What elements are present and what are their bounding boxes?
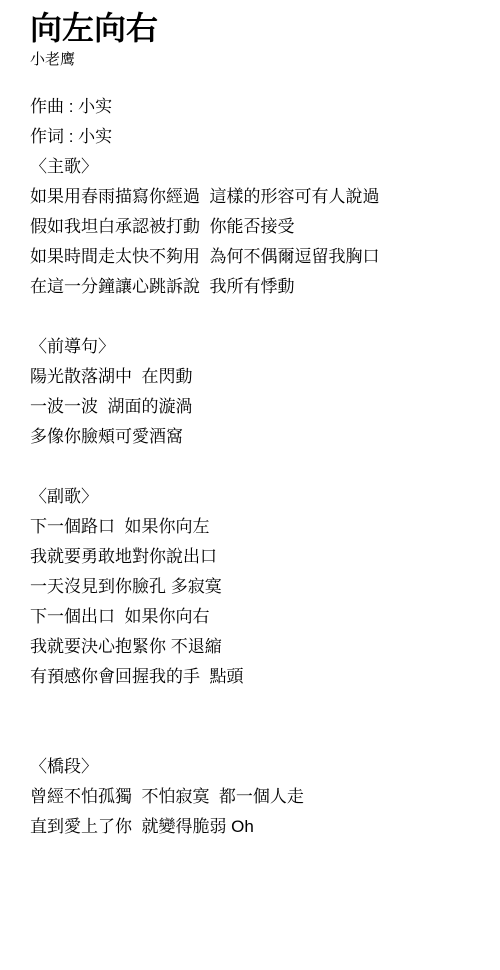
section-header: 〈副歌〉 — [30, 482, 472, 512]
lyric-line: 假如我坦白承認被打動 你能否接受 — [30, 212, 472, 242]
lyric-line: 如果時間走太快不夠用 為何不偶爾逗留我胸口 — [30, 242, 472, 272]
lyric-line: 陽光散落湖中 在閃動 — [30, 362, 472, 392]
lyric-line: 多像你臉頰可愛酒窩 — [30, 422, 472, 452]
lyric-line: 直到愛上了你 就變得脆弱 Oh — [30, 812, 472, 842]
lyric-line: 曾經不怕孤獨 不怕寂寞 都一個人走 — [30, 782, 472, 812]
section-prechorus: 〈前導句〉 陽光散落湖中 在閃動 一波一波 湖面的漩渦 多像你臉頰可愛酒窩 — [30, 332, 472, 452]
credit-lyricist: 作词 : 小实 — [30, 122, 472, 152]
section-header: 〈主歌〉 — [30, 152, 472, 182]
lyric-line: 一波一波 湖面的漩渦 — [30, 392, 472, 422]
lyric-line: 如果用春雨描寫你經過 這樣的形容可有人說過 — [30, 182, 472, 212]
lyric-line: 下一個路口 如果你向左 — [30, 512, 472, 542]
lyric-line: 有預感你會回握我的手 點頭 — [30, 662, 472, 692]
lyrics-page: 向左向右 小老鹰 作曲 : 小实 作词 : 小实 〈主歌〉 如果用春雨描寫你經過… — [0, 0, 500, 842]
credit-composer: 作曲 : 小实 — [30, 92, 472, 122]
section-bridge: 〈橋段〉 曾經不怕孤獨 不怕寂寞 都一個人走 直到愛上了你 就變得脆弱 Oh — [30, 752, 472, 842]
lyric-line: 下一個出口 如果你向右 — [30, 602, 472, 632]
section-header: 〈橋段〉 — [30, 752, 472, 782]
lyric-line: 在這一分鐘讓心跳訴說 我所有悸動 — [30, 272, 472, 302]
artist-name: 小老鹰 — [30, 50, 472, 70]
section-header: 〈前導句〉 — [30, 332, 472, 362]
lyrics-body: 作曲 : 小实 作词 : 小实 〈主歌〉 如果用春雨描寫你經過 這樣的形容可有人… — [30, 92, 472, 842]
section-verse: 〈主歌〉 如果用春雨描寫你經過 這樣的形容可有人說過 假如我坦白承認被打動 你能… — [30, 152, 472, 302]
lyric-line: 我就要決心抱緊你 不退縮 — [30, 632, 472, 662]
lyric-line: 我就要勇敢地對你說出口 — [30, 542, 472, 572]
song-title: 向左向右 — [30, 8, 472, 48]
section-chorus: 〈副歌〉 下一個路口 如果你向左 我就要勇敢地對你說出口 一天沒見到你臉孔 多寂… — [30, 482, 472, 692]
lyric-line: 一天沒見到你臉孔 多寂寞 — [30, 572, 472, 602]
